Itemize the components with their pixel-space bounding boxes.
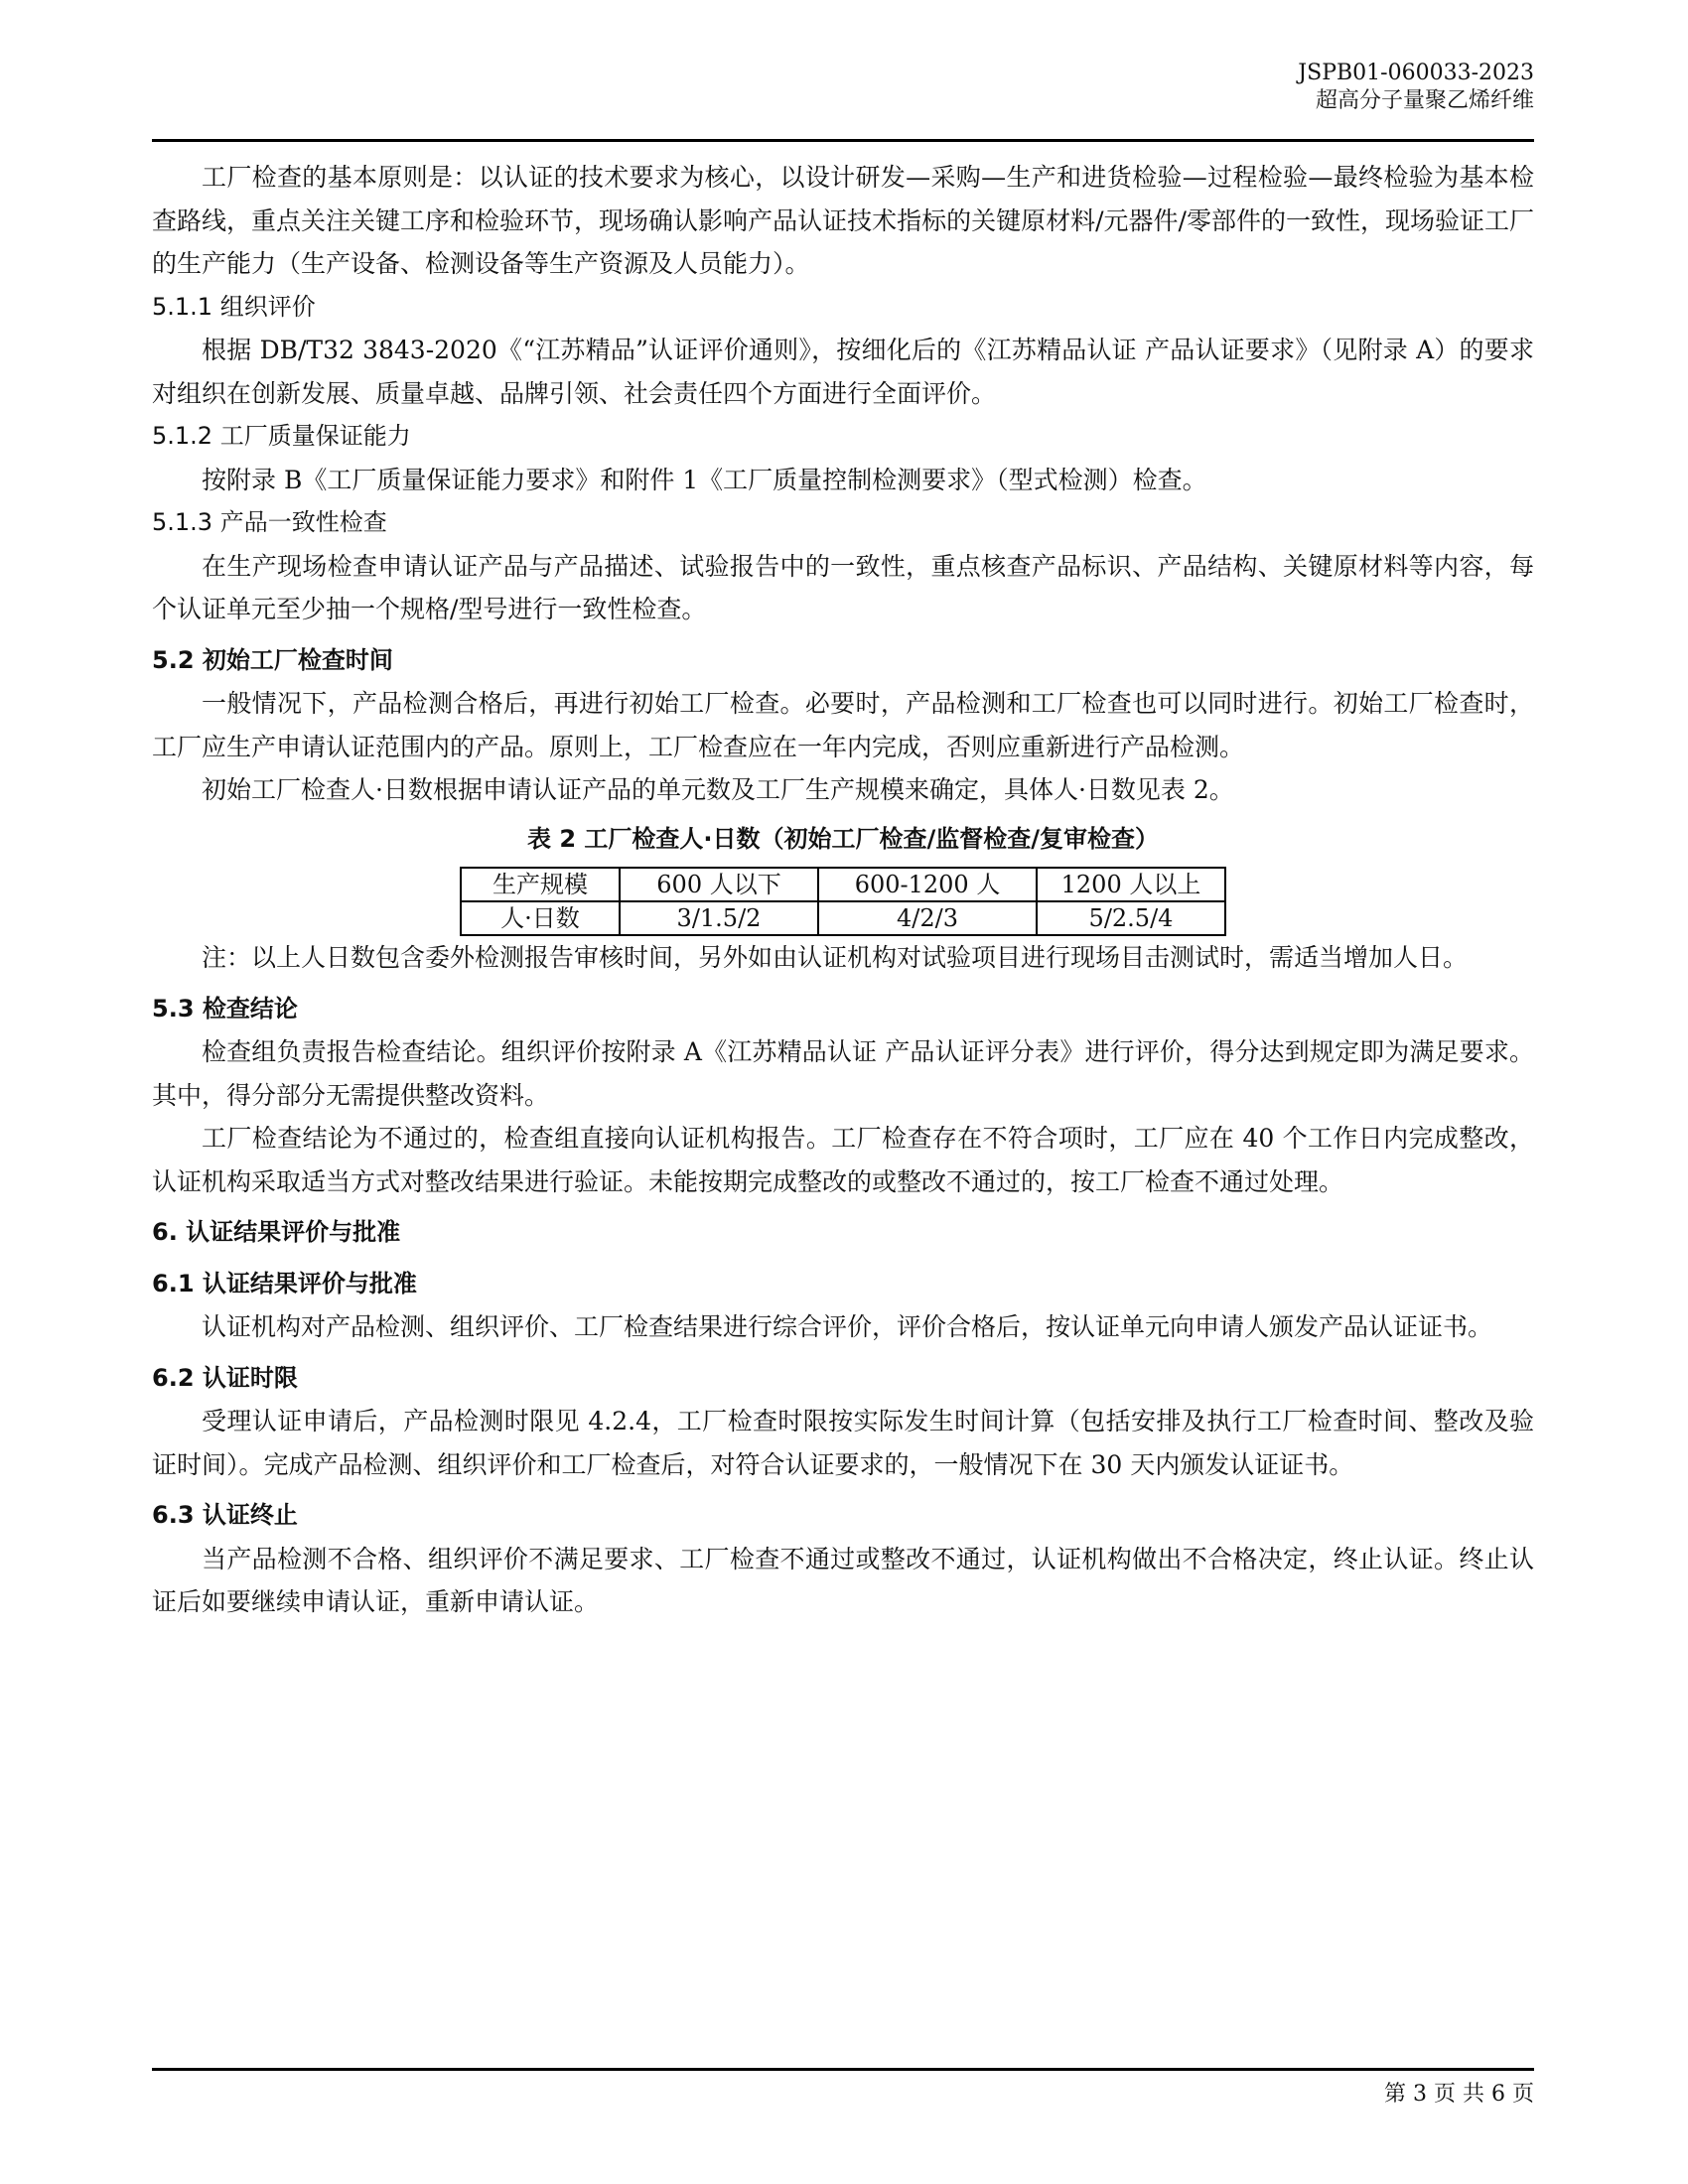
table-header-row: 生产规模 600 人以下 600-1200 人 1200 人以上	[461, 868, 1225, 901]
intro-paragraph: 工厂检查的基本原则是：以认证的技术要求为核心，以设计研发—采购—生产和进货检验—…	[152, 156, 1534, 286]
table-note: 注：以上人日数包含委外检测报告审核时间，另外如由认证机构对试验项目进行现场目击测…	[152, 936, 1534, 980]
section-5-1-3-title: 5.1.3 产品一致性检查	[152, 501, 1534, 545]
header-rule	[152, 139, 1534, 142]
table-row: 人·日数 3/1.5/2 4/2/3 5/2.5/4	[461, 901, 1225, 935]
section-5-1-2-text: 按附录 B《工厂质量保证能力要求》和附件 1《工厂质量控制检测要求》（型式检测）…	[152, 459, 1534, 502]
section-6-3-text: 当产品检测不合格、组织评价不满足要求、工厂检查不通过或整改不通过，认证机构做出不…	[152, 1538, 1534, 1624]
section-6-2-text: 受理认证申请后，产品检测时限见 4.2.4，工厂检查时限按实际发生时间计算（包括…	[152, 1400, 1534, 1486]
section-5-1-3-text: 在生产现场检查申请认证产品与产品描述、试验报告中的一致性，重点核查产品标识、产品…	[152, 545, 1534, 631]
section-5-2-title: 5.2 初始工厂检查时间	[152, 639, 1534, 683]
section-6-2-title: 6.2 认证时限	[152, 1357, 1534, 1401]
section-5-2-paragraph-1: 一般情况下，产品检测合格后，再进行初始工厂检查。必要时，产品检测和工厂检查也可以…	[152, 682, 1534, 768]
table-2-caption: 表 2 工厂检查人·日数（初始工厂检查/监督检查/复审检查）	[152, 818, 1534, 862]
section-5-1-1-text: 根据 DB/T32 3843-2020《“江苏精品”认证评价通则》，按细化后的《…	[152, 329, 1534, 415]
section-5-3-paragraph-1: 检查组负责报告检查结论。组织评价按附录 A《江苏精品认证 产品认证评分表》进行评…	[152, 1030, 1534, 1117]
table-cell: 1200 人以上	[1037, 868, 1225, 901]
section-6-1-title: 6.1 认证结果评价与批准	[152, 1263, 1534, 1306]
table-cell: 600-1200 人	[818, 868, 1037, 901]
section-5-3-paragraph-2: 工厂检查结论为不通过的，检查组直接向认证机构报告。工厂检查存在不符合项时，工厂应…	[152, 1117, 1534, 1203]
table-cell: 5/2.5/4	[1037, 901, 1225, 935]
page-header: JSPB01-060033-2023 超高分子量聚乙烯纤维	[1298, 60, 1534, 115]
table-cell: 3/1.5/2	[620, 901, 818, 935]
table-cell: 人·日数	[461, 901, 620, 935]
section-5-2-paragraph-2: 初始工厂检查人·日数根据申请认证产品的单元数及工厂生产规模来确定，具体人·日数见…	[152, 768, 1534, 812]
doc-title: 超高分子量聚乙烯纤维	[1298, 87, 1534, 115]
doc-code: JSPB01-060033-2023	[1298, 60, 1534, 87]
section-6-3-title: 6.3 认证终止	[152, 1494, 1534, 1538]
table-2: 生产规模 600 人以下 600-1200 人 1200 人以上 人·日数 3/…	[460, 867, 1226, 936]
section-5-3-title: 5.3 检查结论	[152, 988, 1534, 1031]
section-6-1-text: 认证机构对产品检测、组织评价、工厂检查结果进行综合评价，评价合格后，按认证单元向…	[152, 1305, 1534, 1349]
footer-rule	[152, 2068, 1534, 2071]
page-number: 第 3 页 共 6 页	[1384, 2077, 1534, 2108]
document-body: 工厂检查的基本原则是：以认证的技术要求为核心，以设计研发—采购—生产和进货检验—…	[152, 156, 1534, 1624]
section-5-1-1-title: 5.1.1 组织评价	[152, 286, 1534, 330]
table-cell: 4/2/3	[818, 901, 1037, 935]
section-5-1-2-title: 5.1.2 工厂质量保证能力	[152, 415, 1534, 459]
section-6-title: 6. 认证结果评价与批准	[152, 1211, 1534, 1255]
table-cell: 600 人以下	[620, 868, 818, 901]
table-cell: 生产规模	[461, 868, 620, 901]
